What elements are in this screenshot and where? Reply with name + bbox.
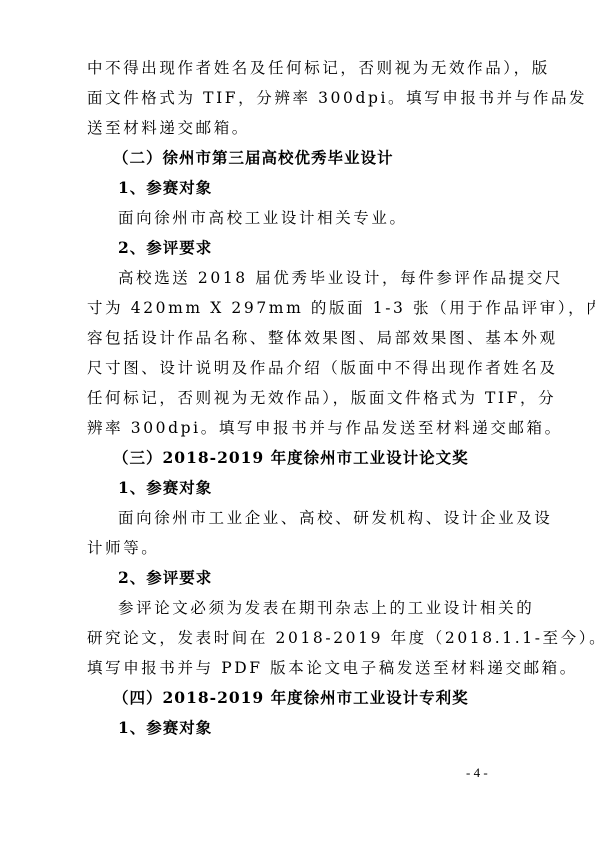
paragraph-line: 面向徐州市工业企业、高校、研发机构、设计企业及设 [87, 503, 505, 533]
paragraph-line: 计师等。 [87, 533, 505, 563]
paragraph-line: 面文件格式为 TIF，分辨率 300dpi。填写申报书并与作品发 [87, 83, 505, 113]
paragraph-line: 容包括设计作品名称、整体效果图、局部效果图、基本外观 [87, 323, 505, 353]
subheading-requirements: 2、参评要求 [87, 563, 505, 593]
paragraph-line: 送至材料递交邮箱。 [87, 113, 505, 143]
paragraph-line: 寸为 420mm X 297mm 的版面 1-3 张（用于作品评审），内 [87, 293, 505, 323]
subheading-participants: 1、参赛对象 [87, 173, 505, 203]
paragraph-line: 尺寸图、设计说明及作品介绍（版面中不得出现作者姓名及 [87, 353, 505, 383]
section-heading-3: （三）2018-2019 年度徐州市工业设计论文奖 [87, 443, 505, 473]
subheading-participants: 1、参赛对象 [87, 473, 505, 503]
paragraph-line: 面向徐州市高校工业设计相关专业。 [87, 203, 505, 233]
document-page: 中不得出现作者姓名及任何标记，否则视为无效作品），版 面文件格式为 TIF，分辨… [0, 0, 595, 842]
paragraph-line: 辨率 300dpi。填写申报书并与作品发送至材料递交邮箱。 [87, 413, 505, 443]
paragraph-line: 填写申报书并与 PDF 版本论文电子稿发送至材料递交邮箱。 [87, 653, 505, 683]
paragraph-line: 高校选送 2018 届优秀毕业设计，每件参评作品提交尺 [87, 263, 505, 293]
paragraph-line: 研究论文，发表时间在 2018-2019 年度（2018.1.1-至今）。 [87, 623, 505, 653]
subheading-participants: 1、参赛对象 [87, 713, 505, 743]
paragraph-line: 参评论文必须为发表在期刊杂志上的工业设计相关的 [87, 593, 505, 623]
section-heading-2: （二）徐州市第三届高校优秀毕业设计 [87, 143, 505, 173]
paragraph-line: 中不得出现作者姓名及任何标记，否则视为无效作品），版 [87, 53, 505, 83]
page-number: - 4 - [466, 765, 488, 781]
body-text: 中不得出现作者姓名及任何标记，否则视为无效作品），版 面文件格式为 TIF，分辨… [87, 53, 505, 743]
subheading-requirements: 2、参评要求 [87, 233, 505, 263]
paragraph-line: 任何标记，否则视为无效作品），版面文件格式为 TIF，分 [87, 383, 505, 413]
section-heading-4: （四）2018-2019 年度徐州市工业设计专利奖 [87, 683, 505, 713]
